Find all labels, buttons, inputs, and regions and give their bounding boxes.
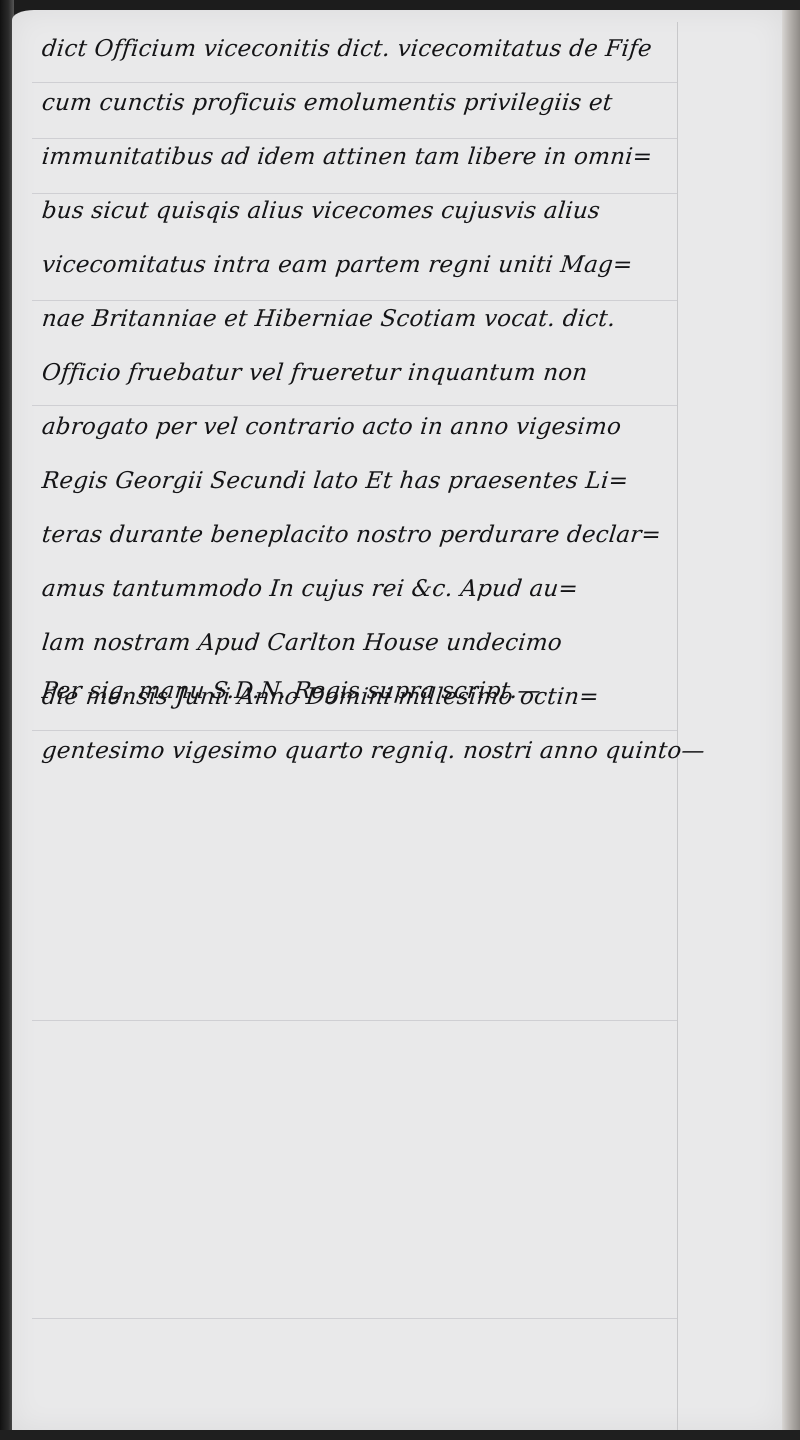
text-overlay — [0, 0, 800, 1440]
scan-bottom-shadow — [0, 1430, 800, 1440]
page-edge — [782, 10, 800, 1430]
